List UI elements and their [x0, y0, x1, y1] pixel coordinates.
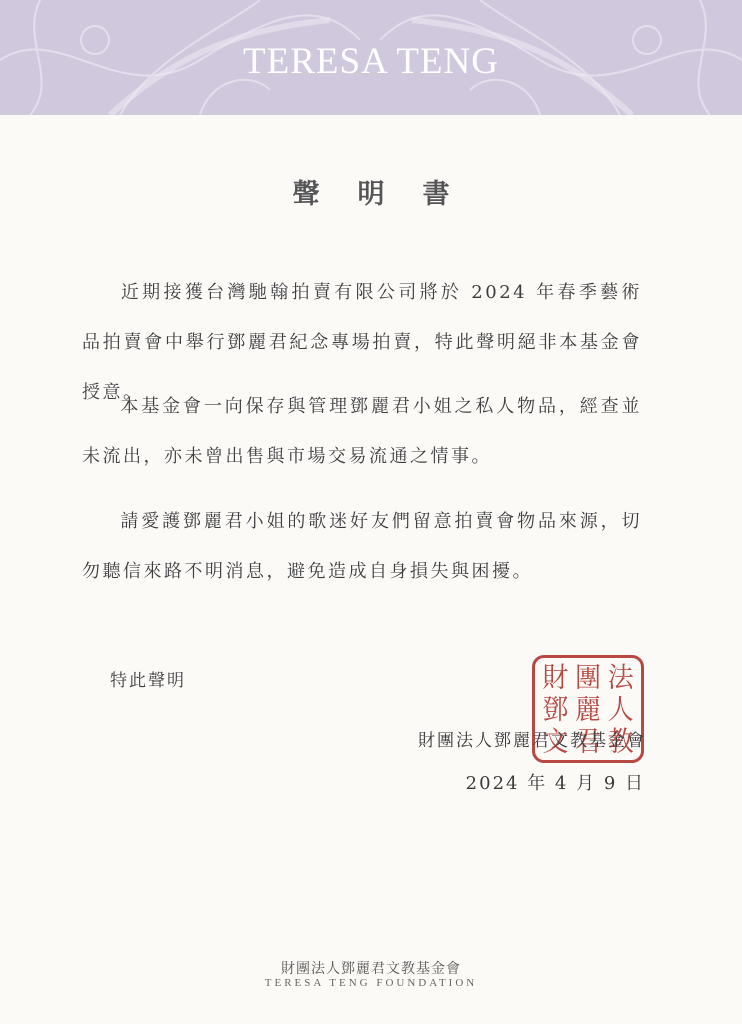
seal-char: 財	[539, 661, 572, 695]
seal-char: 鄧	[539, 693, 572, 727]
closing-statement: 特此聲明	[110, 666, 186, 691]
seal-char: 麗	[572, 693, 605, 727]
seal-char: 團	[572, 661, 605, 695]
signature-organization: 財團法人鄧麗君文教基金會	[418, 726, 646, 751]
document-date: 2024 年 4 月 9 日	[466, 769, 645, 795]
seal-char: 法	[604, 661, 637, 695]
document-title: 聲明書	[0, 172, 742, 211]
footer-org-chinese: 財團法人鄧麗君文教基金會	[0, 958, 742, 978]
paragraph-2: 本基金會一向保存與管理鄧麗君小姐之私人物品，經查並未流出，亦未曾出售與市場交易流…	[82, 382, 642, 482]
paragraph-3: 請愛護鄧麗君小姐的歌迷好友們留意拍賣會物品來源，切勿聽信來路不明消息，避免造成自…	[82, 497, 642, 597]
brand-wordmark: TERESA TENG	[0, 40, 742, 83]
footer-org-english: TERESA TENG FOUNDATION	[0, 977, 742, 989]
letterhead-banner: TERESA TENG	[0, 0, 742, 115]
seal-char: 人	[604, 693, 637, 727]
